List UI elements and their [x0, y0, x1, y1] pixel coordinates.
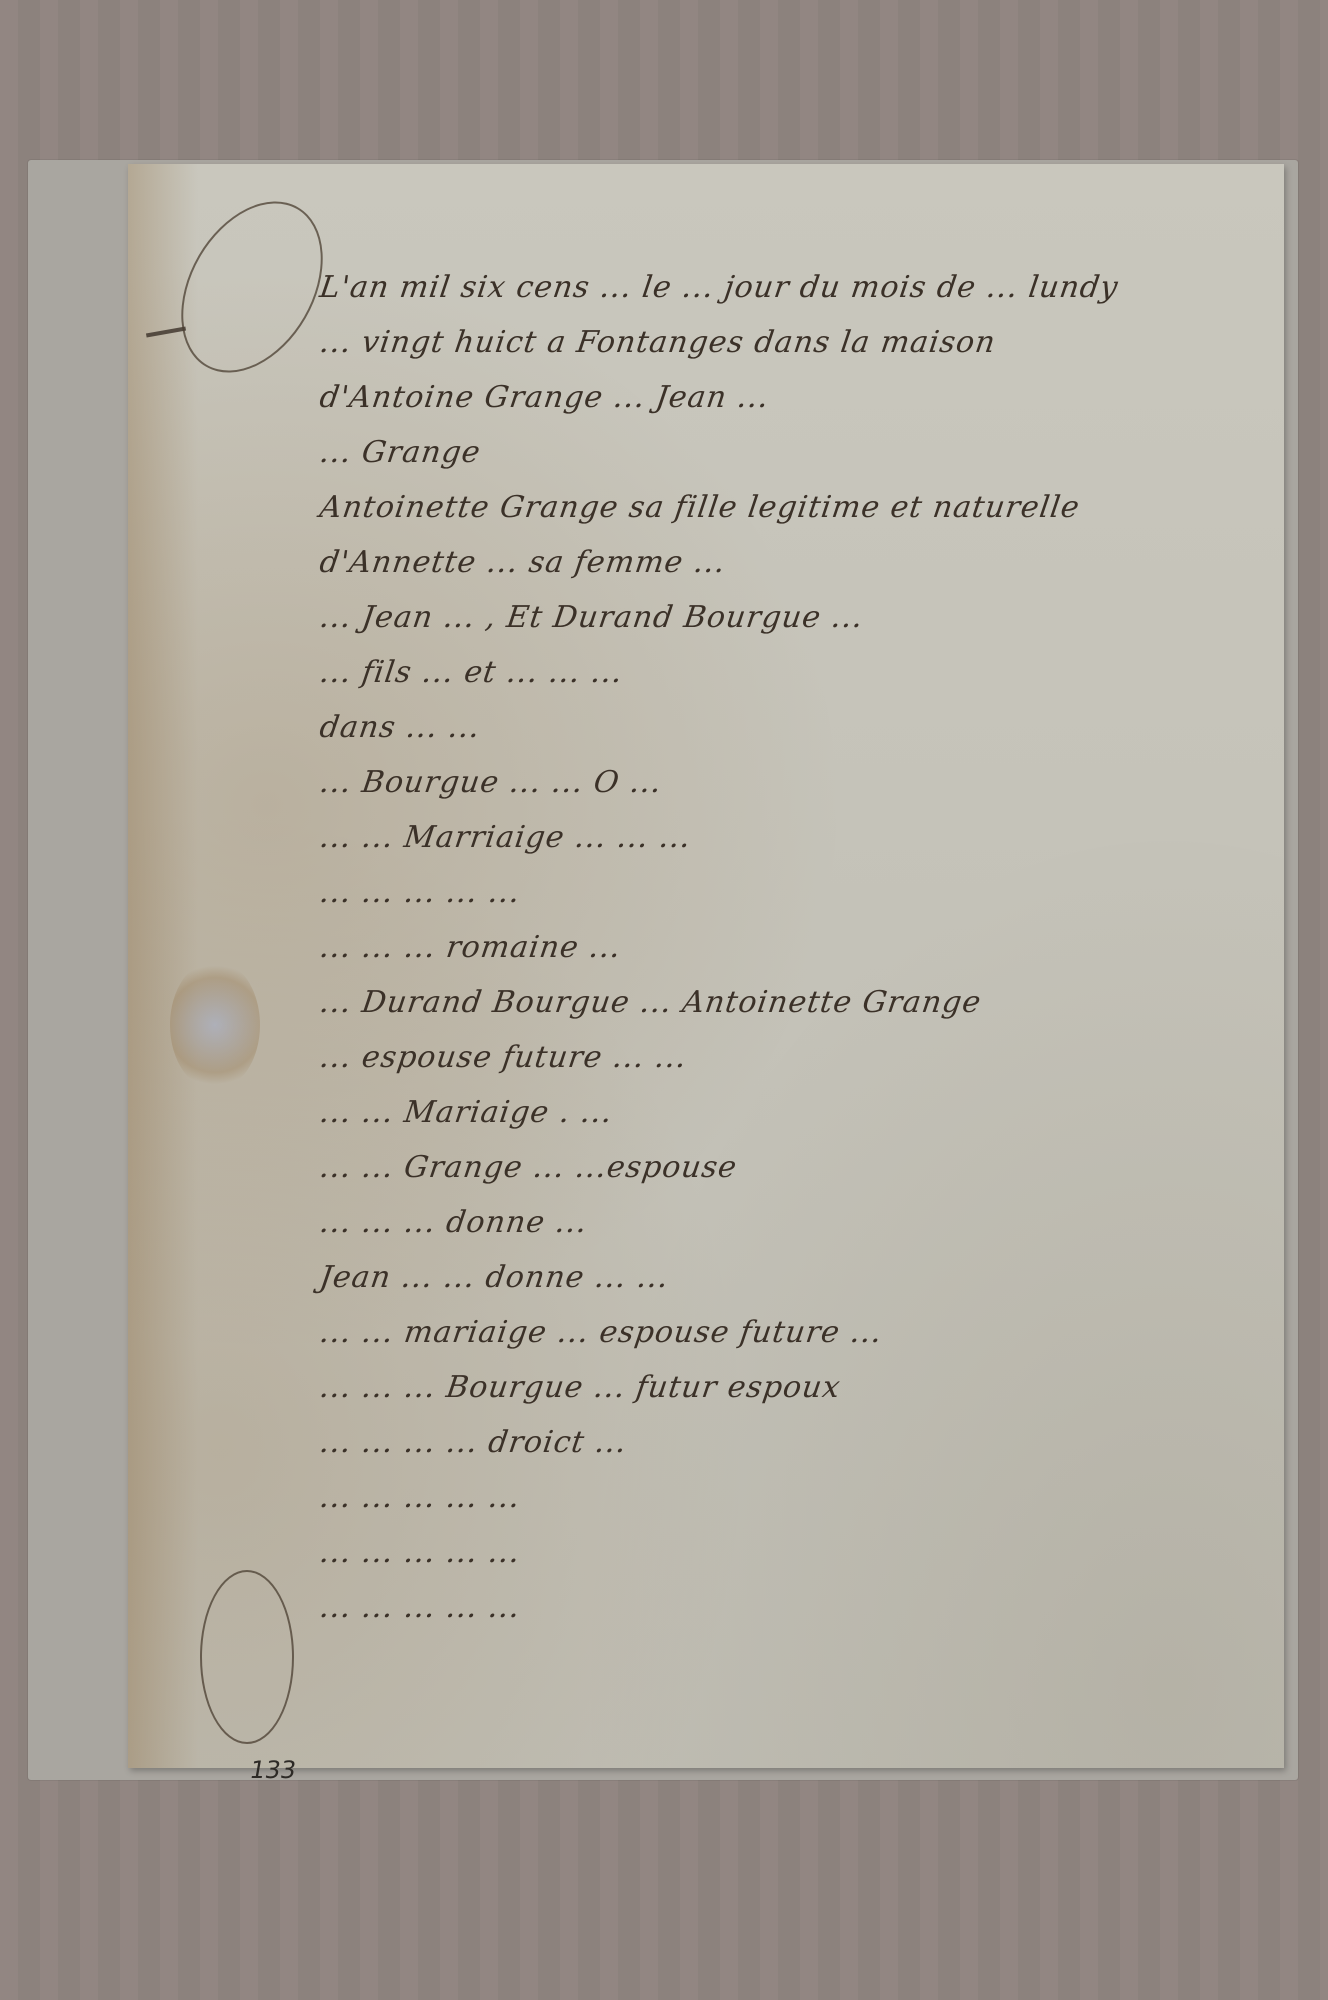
text-line: ... ... ... ... ... [318, 875, 523, 910]
text-line: ... fils ... et ... ... ... [318, 655, 626, 690]
text-line: ... ... ... ... ... [318, 1590, 523, 1625]
text-line: dans ... ... [318, 710, 483, 745]
text-line: L'an mil six cens ... le ... jour du moi… [318, 270, 1121, 305]
text-line: Antoinette Grange sa fille legitime et n… [318, 490, 1083, 525]
text-line: ... Bourgue ... ... O ... [318, 765, 665, 800]
text-line: ... ... mariaige ... espouse future ... [318, 1315, 885, 1350]
text-line: ... ... ... ... ... [318, 1480, 523, 1515]
text-line: ... espouse future ... ... [318, 1040, 690, 1075]
folio-number: 133 [248, 1756, 299, 1784]
text-line: ... ... ... donne ... [318, 1205, 590, 1240]
text-line: ... Grange [318, 435, 484, 470]
text-line: ... Durand Bourgue ... Antoinette Grange [318, 985, 984, 1020]
closing-flourish [200, 1570, 294, 1744]
text-line: ... ... Mariaige . ... [318, 1095, 615, 1130]
page-edge-stain [128, 164, 198, 1768]
text-line: Jean ... ... donne ... ... [318, 1260, 672, 1295]
text-line: ... ... ... ... ... [318, 1535, 523, 1570]
manuscript-text: L'an mil six cens ... le ... jour du moi… [320, 270, 1260, 1670]
paper-damage-spot [170, 960, 260, 1090]
text-line: ... ... Marriaige ... ... ... [318, 820, 694, 855]
text-line: d'Annette ... sa femme ... [318, 545, 728, 580]
text-line: ... ... Grange ... ...espouse [318, 1150, 740, 1185]
text-line: ... Jean ... , Et Durand Bourgue ... [318, 600, 866, 635]
text-line: ... vingt huict a Fontanges dans la mais… [318, 325, 999, 360]
text-line: ... ... ... Bourgue ... futur espoux [318, 1370, 843, 1405]
text-line: d'Antoine Grange ... Jean ... [318, 380, 772, 415]
text-line: ... ... ... romaine ... [318, 930, 624, 965]
text-line: ... ... ... ... droict ... [318, 1425, 630, 1460]
